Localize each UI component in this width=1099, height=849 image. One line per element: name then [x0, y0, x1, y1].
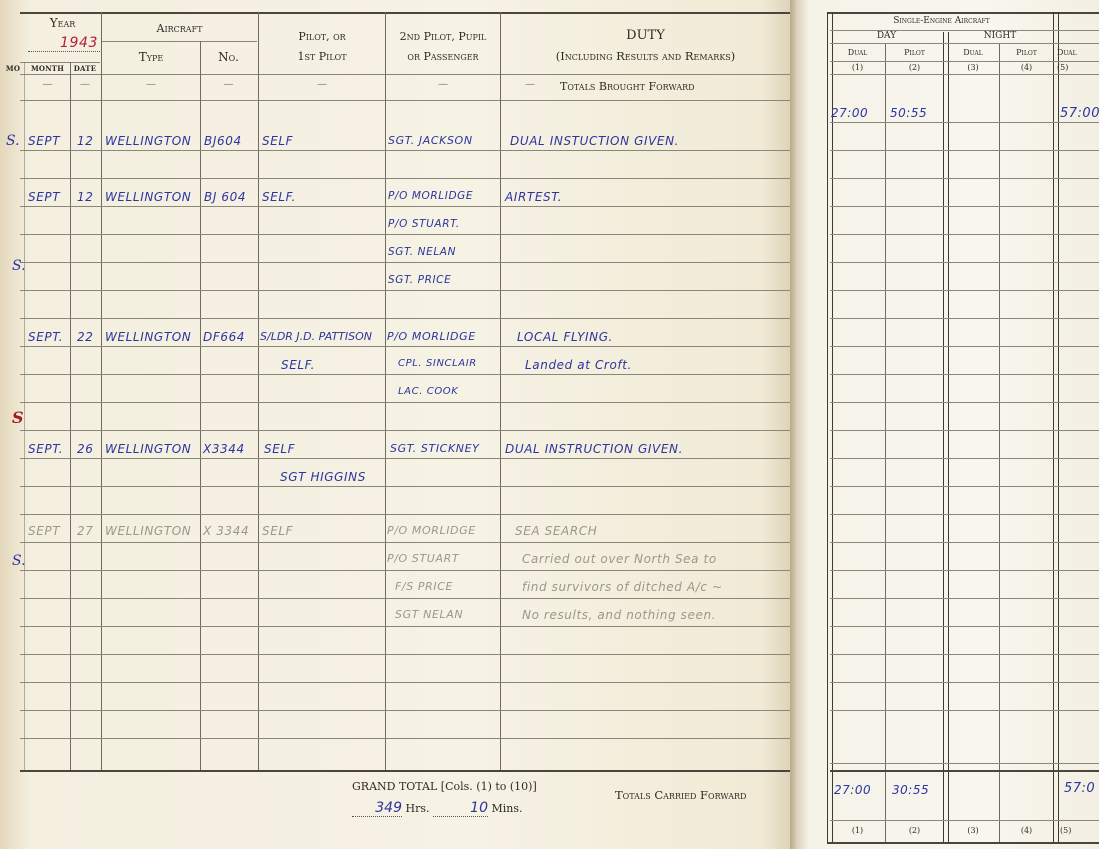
entry-3-month: Sept.: [28, 330, 63, 344]
col2-label: Pilot: [886, 48, 943, 57]
entry-2-number: BJ 604: [204, 190, 246, 204]
row-rule: [830, 402, 1099, 403]
entry-5-second-pilot-2: P/O Stuart: [387, 552, 459, 565]
entry-4-date: 26: [77, 442, 93, 456]
col-number-rule: [830, 74, 1099, 75]
row-rule: [20, 178, 790, 179]
row-rule: [20, 738, 790, 739]
col1-number: (1): [830, 63, 885, 72]
row-rule: [830, 542, 1099, 543]
row-rule: [830, 458, 1099, 459]
month-col-line: [70, 62, 71, 772]
right-footer-bottom-rule: [827, 842, 1099, 844]
row-rule: [830, 206, 1099, 207]
entry-1-second-pilot: Sgt. Jackson: [388, 134, 473, 147]
row-rule: [830, 234, 1099, 235]
pilot-label-line1: Pilot, or: [259, 30, 385, 43]
bf-col5: 57:00: [1060, 106, 1099, 121]
mo-label: MO: [2, 64, 24, 73]
grand-total-label: GRAND TOTAL [Cols. (1) to (10)]: [352, 780, 537, 793]
logbook-left-page: Year 1943 MO MONTH DATE Aircraft Type No…: [0, 0, 793, 849]
right-left-frame: [827, 12, 833, 844]
row-rule: [20, 486, 790, 487]
entry-2-second-pilot-3: Sgt. Nelan: [388, 246, 456, 258]
pilot-label-line2: 1st Pilot: [259, 50, 385, 63]
date-dash: —: [70, 79, 100, 90]
margin-mark: S.: [6, 133, 20, 149]
brought-forward-rule: [20, 100, 790, 101]
row-rule: [830, 262, 1099, 263]
hours-label: Hrs.: [406, 802, 430, 815]
cf-col5: 57:0: [1064, 781, 1095, 796]
type-dash: —: [102, 79, 200, 90]
row-rule: [830, 654, 1099, 655]
entry-3-type: Wellington: [105, 330, 191, 344]
mo-col-line: [24, 62, 25, 772]
bottom-rule: [20, 770, 790, 772]
row-rule: [830, 122, 1099, 123]
totals-carried-forward-label: Totals Carried Forward: [615, 788, 746, 802]
row-rule: [20, 682, 790, 683]
cf-col1: 27:00: [834, 783, 871, 797]
month-label: MONTH: [25, 64, 70, 73]
col5-label: Dual: [1057, 48, 1097, 57]
margin-mark: S.: [12, 553, 26, 569]
entry-5-second-pilot-3: F/S Price: [395, 580, 453, 593]
entry-5-date: 27: [77, 524, 93, 538]
night-label: NIGHT: [947, 31, 1053, 41]
right-col5-frame: [1053, 12, 1059, 844]
col3-label: Dual: [947, 48, 999, 57]
row-rule: [830, 598, 1099, 599]
cf-col2: 30:55: [892, 783, 929, 797]
row-rule: [20, 318, 790, 319]
logbook-right-page: Single-Engine Aircraft DAY NIGHT Dual Pi…: [810, 0, 1099, 849]
entry-1-type: Wellington: [105, 134, 191, 148]
row-rule: [830, 710, 1099, 711]
row-rule: [20, 626, 790, 627]
month-header-rule: [20, 62, 100, 63]
no-label: No.: [200, 50, 257, 64]
entry-1-month: Sept: [28, 134, 60, 148]
row-rule: [830, 374, 1099, 375]
right-footer-number-rule: [830, 820, 1099, 821]
row-rule: [20, 458, 790, 459]
entry-2-date: 12: [77, 190, 93, 204]
no-dash: —: [200, 79, 257, 90]
row-rule: [20, 710, 790, 711]
second-pilot-label-line2: or Passenger: [386, 50, 500, 63]
mins-label: Mins.: [492, 802, 523, 815]
entry-5-number: X 3344: [203, 524, 249, 538]
entry-4-month: Sept.: [28, 442, 63, 456]
footer-col2-number: (2): [886, 826, 943, 835]
entry-3-duty-2: Landed at Croft.: [525, 358, 632, 372]
entry-5-duty-1: Sea Search: [515, 524, 597, 538]
row-rule: [20, 402, 790, 403]
row-rule: [830, 290, 1099, 291]
entry-3-pilot-1: S/Ldr J.D. Pattison: [260, 330, 372, 343]
header-bottom-rule: [20, 74, 790, 75]
aircraft-header-rule: [102, 41, 257, 42]
col-label-rule: [830, 61, 1099, 62]
entry-4-second-pilot: Sgt. Stickney: [390, 442, 479, 455]
entry-1-pilot: Self: [262, 134, 293, 148]
row-rule: [830, 486, 1099, 487]
entry-5-duty-3: find survivors of ditched A/c ~: [522, 580, 723, 594]
entry-3-duty-1: Local Flying.: [517, 330, 613, 344]
row-rule: [830, 318, 1099, 319]
row-rule: [830, 514, 1099, 515]
grand-total-minutes: 10: [470, 800, 488, 816]
entry-3-second-pilot-2: Cpl. Sinclair: [398, 358, 477, 369]
entry-5-type: Wellington: [105, 524, 191, 538]
grand-total-value: 349 Hrs. 10 Mins.: [352, 800, 523, 817]
second-pilot-dash: —: [386, 79, 500, 90]
grand-total-hours: 349: [375, 800, 402, 816]
right-bottom-rule-2: [830, 770, 1099, 772]
entry-2-type: Wellington: [105, 190, 191, 204]
day-label: DAY: [830, 31, 943, 41]
entry-2-second-pilot-1: P/O Morlidge: [388, 190, 473, 202]
row-rule: [830, 570, 1099, 571]
entry-5-duty-4: No results, and nothing seen.: [522, 608, 716, 622]
day-night-divider: [943, 32, 949, 844]
top-rule: [20, 12, 790, 14]
col4-label: Pilot: [1000, 48, 1053, 57]
row-rule: [830, 178, 1099, 179]
month-dash: —: [25, 79, 70, 90]
footer-col1-number: (1): [830, 826, 885, 835]
entry-3-date: 22: [77, 330, 93, 344]
second-pilot-col-line: [500, 12, 501, 772]
entry-5-second-pilot-1: P/O Morlidge: [387, 524, 476, 537]
entry-3-pilot-2: Self.: [281, 358, 315, 372]
bf-col1: 27:00: [831, 106, 868, 120]
col2-number: (2): [886, 63, 943, 72]
type-label: Type: [102, 50, 200, 64]
row-rule: [20, 514, 790, 515]
pilot-dash: —: [259, 79, 385, 90]
row-rule: [20, 542, 790, 543]
col5-number: (5): [1057, 63, 1097, 72]
row-rule: [830, 346, 1099, 347]
entry-5-pilot: Self: [262, 524, 293, 538]
entry-5-second-pilot-4: Sgt Nelan: [395, 608, 463, 621]
row-rule: [20, 598, 790, 599]
row-rule: [20, 374, 790, 375]
aircraft-label: Aircraft: [102, 22, 257, 35]
entry-2-second-pilot-4: Sgt. Price: [388, 274, 451, 286]
entry-5-month: Sept: [28, 524, 60, 538]
row-rule: [20, 430, 790, 431]
no-col-line: [258, 12, 259, 772]
row-rule: [830, 682, 1099, 683]
date-label: DATE: [70, 64, 100, 73]
pilot-col-line: [385, 12, 386, 772]
entry-4-pilot-2: Sgt Higgins: [280, 470, 366, 484]
margin-mark: S.: [12, 258, 26, 274]
row-rule: [830, 430, 1099, 431]
col3-col4-line: [999, 44, 1000, 844]
row-rule: [20, 570, 790, 571]
entry-3-second-pilot-1: P/O Morlidge: [387, 330, 476, 343]
second-pilot-label-line1: 2nd Pilot, Pupil: [386, 30, 500, 43]
single-engine-label: Single-Engine Aircraft: [830, 16, 1053, 26]
entry-4-number: X3344: [203, 442, 245, 456]
row-rule: [20, 234, 790, 235]
entry-3-second-pilot-3: Lac. Cook: [398, 386, 458, 397]
totals-brought-forward-label: Totals Brought Forward: [560, 80, 780, 93]
duty-sublabel: (Including Results and Remarks): [501, 49, 790, 63]
row-rule: [830, 150, 1099, 151]
right-bottom-rule-1: [830, 763, 1099, 764]
footer-col3-number: (3): [947, 826, 999, 835]
entry-3-number: DF664: [203, 330, 245, 344]
row-rule: [20, 262, 790, 263]
row-rule: [20, 654, 790, 655]
row-rule: [20, 346, 790, 347]
bf-col2: 50:55: [890, 106, 927, 120]
col4-number: (4): [1000, 63, 1053, 72]
entry-1-number: BJ604: [204, 134, 242, 148]
entry-4-duty: Dual Instruction Given.: [505, 442, 683, 456]
entry-1-date: 12: [77, 134, 93, 148]
entry-2-second-pilot-2: P/O Stuart.: [388, 218, 460, 230]
row-rule: [830, 626, 1099, 627]
duty-dash: —: [510, 79, 550, 90]
duty-label: DUTY: [501, 28, 790, 43]
entry-2-pilot: Self.: [262, 190, 296, 204]
footer-col5-number: (5): [1060, 826, 1099, 835]
year-label: Year: [25, 16, 100, 30]
row-rule: [20, 206, 790, 207]
entry-1-duty: Dual instuction given.: [510, 134, 679, 148]
row-rule: [20, 150, 790, 151]
entry-4-pilot-1: Self: [264, 442, 295, 456]
col1-label: Dual: [830, 48, 885, 57]
entry-5-duty-2: Carried out over North Sea to: [522, 552, 717, 566]
margin-mark-red: S: [12, 408, 24, 427]
entry-2-month: Sept: [28, 190, 60, 204]
row-rule: [20, 290, 790, 291]
date-col-line: [101, 12, 102, 772]
col1-col2-line: [885, 44, 886, 844]
entry-4-type: Wellington: [105, 442, 191, 456]
day-night-rule: [830, 43, 1099, 44]
year-value: 1943: [28, 35, 100, 52]
footer-col4-number: (4): [1000, 826, 1053, 835]
col3-number: (3): [947, 63, 999, 72]
entry-2-duty: Airtest.: [505, 190, 562, 204]
